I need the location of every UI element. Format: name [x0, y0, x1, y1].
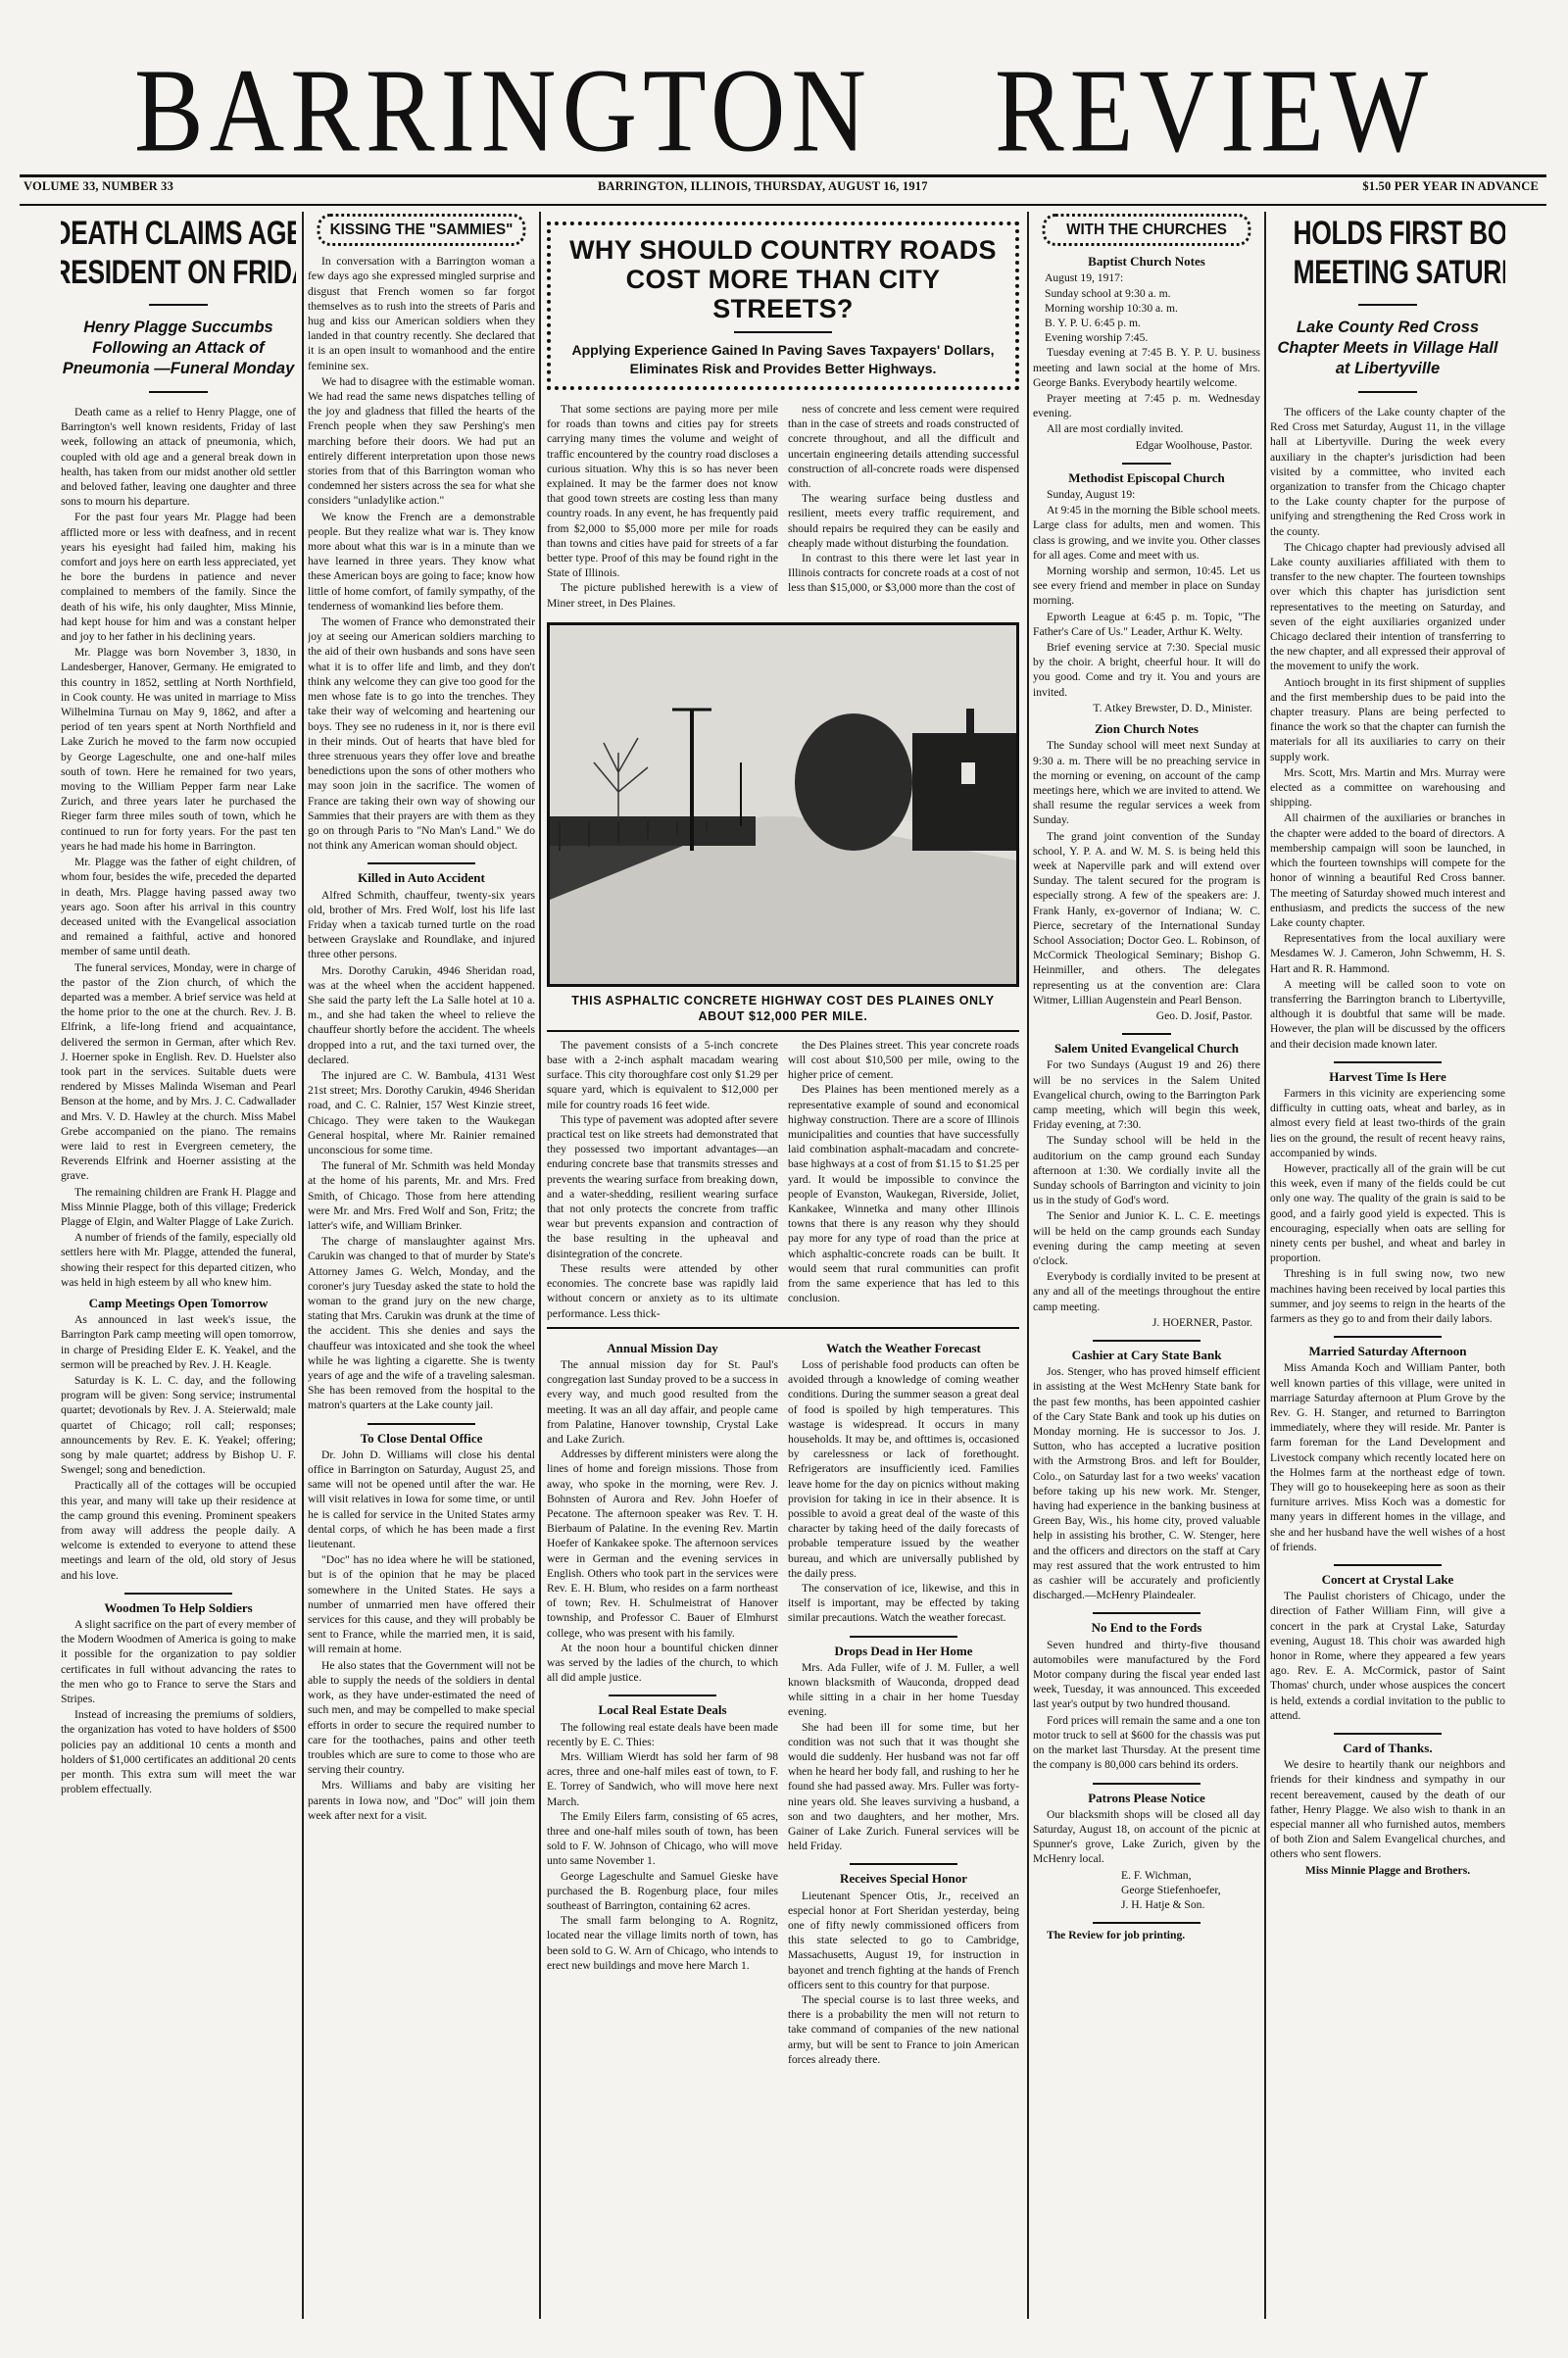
paragraph: "Doc" has no idea where he will be stati…: [308, 1552, 535, 1656]
paragraph: Morning worship and sermon, 10:45. Let u…: [1033, 564, 1260, 609]
paragraph: However, practically all of the grain wi…: [1270, 1161, 1505, 1265]
divider: [734, 331, 832, 333]
paragraph: Dr. John D. Williams will close his dent…: [308, 1448, 535, 1551]
paragraph: The funeral of Mr. Schmith was held Mond…: [308, 1158, 535, 1233]
feature-lower-text: The pavement consists of a 5-inch concre…: [547, 1038, 1019, 1321]
signature: George Stiefenhoefer,: [1121, 1883, 1260, 1897]
title-second-word: Review: [995, 44, 1434, 176]
signature: T. Atkey Brewster, D. D., Minister.: [1033, 701, 1260, 715]
subhead-methodist: Methodist Episcopal Church: [1033, 470, 1260, 485]
paragraph: Prayer meeting at 7:45 p. m. Wednesday e…: [1033, 391, 1260, 420]
paragraph: Practically all of the cottages will be …: [61, 1478, 296, 1582]
paragraph: The conservation of ice, likewise, and t…: [788, 1581, 1019, 1626]
article-kissing-the-sammies: KISSING THE "SAMMIES" In conversation wi…: [308, 214, 535, 2331]
paragraph: Representatives from the local auxiliary…: [1270, 931, 1505, 976]
paragraph: Mrs. Dorothy Carukin, 4946 Sheridan road…: [308, 963, 535, 1067]
schedule-line: B. Y. P. U. 6:45 p. m.: [1045, 316, 1260, 330]
paragraph: The following real estate deals have bee…: [547, 1720, 778, 1749]
paragraph: The remaining children are Frank H. Plag…: [61, 1185, 296, 1230]
paragraph: Instead of increasing the premiums of so…: [61, 1707, 296, 1796]
feature-country-roads: WHY SHOULD COUNTRY ROADS COST MORE THAN …: [547, 221, 1019, 2067]
masthead-rule-top: [20, 174, 1546, 177]
headline-line: RESIDENT ON FRIDAY: [61, 253, 270, 292]
feature-deck: Applying Experience Gained In Paving Sav…: [559, 341, 1007, 378]
paragraph: All chairmen of the auxiliaries or branc…: [1270, 811, 1505, 930]
paragraph: The Paulist choristers of Chicago, under…: [1270, 1589, 1505, 1723]
paragraph: A slight sacrifice on the part of every …: [61, 1617, 296, 1706]
paragraph: All are most cordially invited.: [1033, 421, 1260, 436]
subhead-drops-dead: Drops Dead in Her Home: [788, 1644, 1019, 1658]
baptist-schedule: August 19, 1917: Sunday school at 9:30 a…: [1033, 270, 1260, 345]
subhead-dental-office: To Close Dental Office: [308, 1431, 535, 1446]
paragraph: The women of France who demonstrated the…: [308, 614, 535, 853]
paragraph: The Senior and Junior K. L. C. E. meetin…: [1033, 1208, 1260, 1268]
signature-block: E. F. Wichman, George Stiefenhoefer, J. …: [1033, 1868, 1260, 1913]
paragraph: As announced in last week's issue, the B…: [61, 1312, 296, 1372]
headline-line: MEETING SATURDAY: [1294, 253, 1485, 292]
subhead-camp-meetings: Camp Meetings Open Tomorrow: [61, 1296, 296, 1310]
paragraph: Antioch brought in its first shipment of…: [1270, 675, 1505, 764]
divider: [367, 862, 475, 864]
paragraph: Mr. Plagge was born November 3, 1830, in…: [61, 645, 296, 854]
paragraph: George Lageschulte and Samuel Gieske hav…: [547, 1869, 778, 1914]
paragraph: She had been ill for some time, but her …: [788, 1720, 1019, 1854]
paragraph: At 9:45 in the morning the Bible school …: [1033, 503, 1260, 563]
subhead-woodmen: Woodmen To Help Soldiers: [61, 1600, 296, 1615]
divider: [1093, 1922, 1200, 1924]
road-photograph: [547, 622, 1019, 987]
divider: [149, 391, 208, 393]
divider: [1334, 1061, 1442, 1063]
paragraph: Farmers in this vicinity are experiencin…: [1270, 1086, 1505, 1160]
subhead-weather-forecast: Watch the Weather Forecast: [788, 1341, 1019, 1355]
divider: [1122, 1033, 1171, 1035]
paragraph: The grand joint convention of the Sunday…: [1033, 829, 1260, 1007]
column-divider: [302, 212, 304, 2319]
paragraph: Threshing is in full swing now, two new …: [1270, 1266, 1505, 1326]
article-red-cross-board-meeting: HOLDS FIRST BOARD MEETING SATURDAY Lake …: [1270, 214, 1505, 2331]
headline-line: HOLDS FIRST BOARD: [1294, 214, 1485, 253]
subhead-harvest: Harvest Time Is Here: [1270, 1069, 1505, 1084]
paragraph: Addresses by different ministers were al…: [547, 1447, 778, 1641]
column-weather-drops-honor: Watch the Weather Forecast Loss of peris…: [788, 1335, 1019, 2067]
paragraph: The Sunday school will be held in the au…: [1033, 1133, 1260, 1207]
paragraph: Our blacksmith shops will be closed all …: [1033, 1807, 1260, 1867]
paragraph: Sunday, August 19:: [1033, 487, 1260, 502]
paragraph: We know the French are a demonstrable pe…: [308, 510, 535, 614]
paragraph: Mrs. Williams and baby are visiting her …: [308, 1778, 535, 1823]
paragraph: Epworth League at 6:45 p. m. Topic, "The…: [1033, 610, 1260, 639]
article-death-claims-aged-resident: DEATH CLAIMS AGED RESIDENT ON FRIDAY Hen…: [61, 214, 296, 2331]
subhead-real-estate: Local Real Estate Deals: [547, 1702, 778, 1717]
paragraph: For the past four years Mr. Plagge had b…: [61, 510, 296, 644]
schedule-line: August 19, 1917:: [1045, 270, 1260, 285]
paragraph: Des Plaines has been mentioned merely as…: [788, 1082, 1019, 1305]
paragraph: In contrast to this there were let last …: [788, 551, 1019, 596]
paragraph: The special course is to last three week…: [788, 1992, 1019, 2067]
divider: [367, 1423, 475, 1425]
paragraph: Lieutenant Spencer Otis, Jr., received a…: [788, 1889, 1019, 1992]
schedule-line: Evening worship 7:45.: [1045, 330, 1260, 345]
feature-upper-text: That some sections are paying more per m…: [547, 402, 1019, 611]
dateline: BARRINGTON, ILLINOIS, THURSDAY, AUGUST 1…: [598, 179, 928, 194]
divider: [1093, 1340, 1200, 1342]
paragraph: Mrs. Ada Fuller, wife of J. M. Fuller, a…: [788, 1660, 1019, 1720]
paragraph: A meeting will be called soon to vote on…: [1270, 977, 1505, 1052]
signature: J. H. Hatje & Son.: [1121, 1897, 1260, 1912]
divider: [149, 304, 208, 306]
subhead-auto-accident: Killed in Auto Accident: [308, 870, 535, 885]
subhead-fords: No End to the Fords: [1033, 1620, 1260, 1635]
paragraph: The Chicago chapter had previously advis…: [1270, 540, 1505, 674]
subhead-mission-day: Annual Mission Day: [547, 1341, 778, 1355]
signature: Miss Minnie Plagge and Brothers.: [1270, 1863, 1505, 1878]
paragraph: Tuesday evening at 7:45 B. Y. P. U. busi…: [1033, 345, 1260, 390]
paragraph: ness of concrete and less cement were re…: [788, 402, 1019, 491]
paragraph: the Des Plaines street. This year concre…: [788, 1038, 1019, 1083]
paragraph: A number of friends of the family, espec…: [61, 1230, 296, 1290]
paragraph: Death came as a relief to Henry Plagge, …: [61, 405, 296, 509]
paragraph: In conversation with a Barrington woman …: [308, 254, 535, 373]
paragraph: Seven hundred and thirty-five thousand a…: [1033, 1638, 1260, 1712]
churches-and-local-news: WITH THE CHURCHES Baptist Church Notes A…: [1033, 214, 1260, 2331]
paragraph: The pavement consists of a 5-inch concre…: [547, 1038, 778, 1112]
paragraph: The funeral services, Monday, were in ch…: [61, 960, 296, 1184]
paragraph: The Emily Eilers farm, consisting of 65 …: [547, 1809, 778, 1869]
divider: [1093, 1612, 1200, 1614]
subhead-concert: Concert at Crystal Lake: [1270, 1572, 1505, 1587]
feature-title-line: WHY SHOULD COUNTRY ROADS: [559, 235, 1007, 265]
feature-title-line: COST MORE THAN CITY STREETS?: [559, 265, 1007, 323]
road-photo-illustration: [550, 625, 1016, 984]
divider: [124, 1593, 232, 1595]
divider: [850, 1636, 957, 1638]
paragraph: He also states that the Government will …: [308, 1658, 535, 1778]
paragraph: Saturday is K. L. C. day, and the follow…: [61, 1373, 296, 1477]
center-lower-columns: Annual Mission Day The annual mission da…: [547, 1335, 1019, 2067]
title-first-word: Barrington: [134, 44, 872, 176]
schedule-line: Morning worship 10:30 a. m.: [1045, 301, 1260, 316]
divider: [1122, 463, 1171, 465]
divider: [1334, 1336, 1442, 1338]
paragraph: Mr. Plagge was the father of eight child…: [61, 855, 296, 958]
paragraph: We had to disagree with the estimable wo…: [308, 374, 535, 509]
divider: [1334, 1564, 1442, 1566]
paragraph: The Sunday school will meet next Sunday …: [1033, 738, 1260, 827]
paragraph: Everybody is cordially invited to be pre…: [1033, 1269, 1260, 1314]
schedule-line: Sunday school at 9:30 a. m.: [1045, 286, 1260, 301]
paragraph: The small farm belonging to A. Rognitz, …: [547, 1913, 778, 1973]
signature: Edgar Woolhouse, Pastor.: [1033, 438, 1260, 453]
subhead-salem: Salem United Evangelical Church: [1033, 1041, 1260, 1056]
subscription-price: $1.50 PER YEAR IN ADVANCE: [1362, 179, 1539, 194]
paragraph: These results were attended by other eco…: [547, 1261, 778, 1321]
paragraph: Ford prices will remain the same and a o…: [1033, 1713, 1260, 1773]
column-divider: [1264, 212, 1266, 2319]
subhead-married: Married Saturday Afternoon: [1270, 1344, 1505, 1358]
signature: Geo. D. Josif, Pastor.: [1033, 1008, 1260, 1023]
paragraph: The injured are C. W. Bambula, 4131 West…: [308, 1068, 535, 1157]
boxed-headline: KISSING THE "SAMMIES": [318, 214, 526, 246]
divider: [609, 1695, 716, 1696]
newspaper-title: Barrington Review: [0, 51, 1568, 171]
subhead-special-honor: Receives Special Honor: [788, 1871, 1019, 1886]
photo-caption: THIS ASPHALTIC CONCRETE HIGHWAY COST DES…: [547, 993, 1019, 1032]
article-deck: Henry Plagge Succumbs Following an Attac…: [61, 318, 296, 379]
divider: [1358, 391, 1417, 393]
signature: J. HOERNER, Pastor.: [1033, 1315, 1260, 1330]
feature-headline-box: WHY SHOULD COUNTRY ROADS COST MORE THAN …: [547, 221, 1019, 390]
paragraph: We desire to heartily thank our neighbor…: [1270, 1757, 1505, 1861]
job-printing-notice: The Review for job printing.: [1033, 1928, 1260, 1942]
paragraph: That some sections are paying more per m…: [547, 402, 778, 580]
paragraph: The picture published herewith is a view…: [547, 580, 778, 610]
paragraph: For two Sundays (August 19 and 26) there…: [1033, 1057, 1260, 1132]
divider: [547, 1327, 1019, 1329]
paragraph: Loss of perishable food products can oft…: [788, 1357, 1019, 1581]
column-mission-realestate: Annual Mission Day The annual mission da…: [547, 1335, 778, 2067]
paragraph: Mrs. Scott, Mrs. Martin and Mrs. Murray …: [1270, 765, 1505, 811]
article-deck: Lake County Red Cross Chapter Meets in V…: [1270, 318, 1505, 379]
volume-number: VOLUME 33, NUMBER 33: [24, 179, 173, 194]
paragraph: The wearing surface being dustless and r…: [788, 491, 1019, 551]
divider: [1093, 1783, 1200, 1785]
subhead-card-of-thanks: Card of Thanks.: [1270, 1741, 1505, 1755]
column-divider: [1027, 212, 1029, 2319]
paragraph: The officers of the Lake county chapter …: [1270, 405, 1505, 539]
boxed-headline: WITH THE CHURCHES: [1043, 214, 1251, 246]
paragraph: This type of pavement was adopted after …: [547, 1112, 778, 1261]
paragraph: Alfred Schmith, chauffeur, twenty-six ye…: [308, 888, 535, 962]
paragraph: Miss Amanda Koch and William Panter, bot…: [1270, 1360, 1505, 1554]
paragraph: Jos. Stenger, who has proved himself eff…: [1033, 1364, 1260, 1602]
subhead-baptist: Baptist Church Notes: [1033, 254, 1260, 269]
divider: [1358, 304, 1417, 306]
divider: [850, 1863, 957, 1865]
subhead-patrons: Patrons Please Notice: [1033, 1791, 1260, 1805]
signature: E. F. Wichman,: [1121, 1868, 1260, 1883]
paragraph: Brief evening service at 7:30. Special m…: [1033, 640, 1260, 700]
paragraph: The annual mission day for St. Paul's co…: [547, 1357, 778, 1447]
masthead: Barrington Review VOLUME 33, NUMBER 33 B…: [0, 0, 1568, 206]
paragraph: Mrs. William Wierdt has sold her farm of…: [547, 1749, 778, 1809]
column-divider: [539, 212, 541, 2319]
masthead-rule-bottom: [20, 204, 1546, 206]
subhead-zion: Zion Church Notes: [1033, 721, 1260, 736]
headline-line: DEATH CLAIMS AGED: [61, 214, 270, 253]
paragraph: The charge of manslaughter against Mrs. …: [308, 1234, 535, 1412]
subhead-cashier: Cashier at Cary State Bank: [1033, 1348, 1260, 1362]
paragraph: At the noon hour a bountiful chicken din…: [547, 1641, 778, 1686]
divider: [1334, 1733, 1442, 1735]
